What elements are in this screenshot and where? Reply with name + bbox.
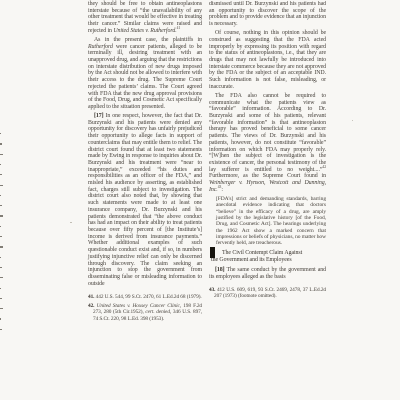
text-segment: Rutherford: [88, 44, 113, 50]
section-heading-line: the Government and its Employees: [209, 257, 326, 264]
text-segment: In one respect, however, the fact that D…: [88, 113, 202, 287]
footnote-reference: 42: [322, 165, 326, 169]
scan-edge-mark: [0, 174, 2, 175]
body-paragraph: they should be free to obtain antineopla…: [88, 1, 202, 35]
section-heading-line: The Civil Contempt Claim Against: [209, 250, 326, 257]
text-segment: dismissed until Dr. Burzynski and his pa…: [209, 1, 326, 27]
scan-edge-mark: [0, 185, 3, 186]
scan-edge-artifacts: [0, 133, 4, 343]
scanned-document-page: they should be free to obtain antineopla…: [0, 0, 400, 400]
body-paragraph: Of course, nothing in this opinion shoul…: [209, 30, 326, 90]
scan-edge-mark: [0, 277, 3, 278]
block-quote: [FDA’s] strict and demanding standards, …: [216, 196, 326, 246]
scan-speck: [352, 120, 353, 121]
text-segment: The FDA also cannot be required to commu…: [209, 93, 326, 173]
text-segment: Weinberger v. Hynson, Westcott and Dunni…: [209, 180, 326, 193]
footnotes-block: 41. 442 U.S. 544, 99 S.Ct. 2470, 61 L.Ed…: [88, 294, 202, 321]
text-segment: [18]: [215, 267, 225, 273]
footnote: 41. 442 U.S. 544, 99 S.Ct. 2470, 61 L.Ed…: [88, 294, 202, 300]
scan-speck: [70, 222, 72, 223]
footnote-reference: 41: [177, 26, 181, 30]
text-segment: 442 U.S. 544, 99 S.Ct. 2470, 61 L.Ed.2d …: [94, 294, 201, 300]
text-segment: Furthermore, as the Supreme Court found …: [209, 173, 326, 179]
scan-edge-mark: [0, 164, 1, 165]
body-paragraph: [17] In one respect, however, the fact t…: [88, 113, 202, 287]
body-paragraph: [18] The same conduct by the government …: [209, 267, 326, 280]
scan-edge-mark: [0, 195, 1, 196]
text-segment: As in the present case, the plaintiffs i…: [94, 37, 202, 43]
text-segment: United States v. Rutherford.: [113, 28, 176, 34]
body-paragraph: As in the present case, the plaintiffs i…: [88, 37, 202, 111]
scan-edge-mark: [0, 329, 2, 330]
footnote: 42. United States v. Hoxsey Cancer Clini…: [88, 303, 202, 322]
scan-edge-mark: [0, 257, 1, 258]
scan-edge-mark: [0, 205, 2, 206]
scan-edge-mark: [0, 215, 3, 216]
scan-edge-mark: [0, 298, 2, 299]
text-segment: Of course, nothing in this opinion shoul…: [209, 30, 326, 90]
scan-edge-mark: [0, 133, 1, 134]
text-segment: [FDA’s] strict and demanding standards, …: [216, 196, 326, 246]
footnote: 43. 412 U.S. 609, 619, 93 S.Ct. 2469, 24…: [209, 287, 326, 299]
scan-edge-mark: [0, 143, 2, 144]
section-heading: The Civil Contempt Claim Againstthe Gove…: [209, 250, 326, 263]
text-segment: [17]: [94, 113, 104, 119]
scan-edge-mark: [0, 226, 1, 227]
text-segment: 412 U.S. 609, 619, 93 S.Ct. 2469, 2478, …: [214, 287, 326, 299]
text-segment: The same conduct by the government and i…: [209, 267, 326, 280]
text-segment: :: [221, 187, 223, 193]
body-paragraph: dismissed until Dr. Burzynski and his pa…: [209, 1, 326, 28]
scan-edge-mark: [0, 246, 3, 247]
scan-edge-mark: [0, 236, 2, 237]
right-column: dismissed until Dr. Burzynski and his pa…: [209, 1, 326, 302]
text-segment: were cancer patients, alleged to be term…: [88, 44, 202, 110]
footnotes-block: 43. 412 U.S. 609, 619, 93 S.Ct. 2469, 24…: [209, 287, 326, 299]
scan-edge-mark: [0, 154, 3, 155]
section-marker-icon: [210, 247, 215, 259]
scan-edge-mark: [0, 318, 1, 319]
scan-edge-mark: [0, 308, 3, 309]
scan-edge-mark: [0, 267, 2, 268]
text-segment: cert. denied,: [145, 309, 171, 315]
scan-edge-mark: [0, 288, 1, 289]
left-column: they should be free to obtain antineopla…: [88, 1, 202, 324]
body-paragraph: The FDA also cannot be required to commu…: [209, 93, 326, 194]
